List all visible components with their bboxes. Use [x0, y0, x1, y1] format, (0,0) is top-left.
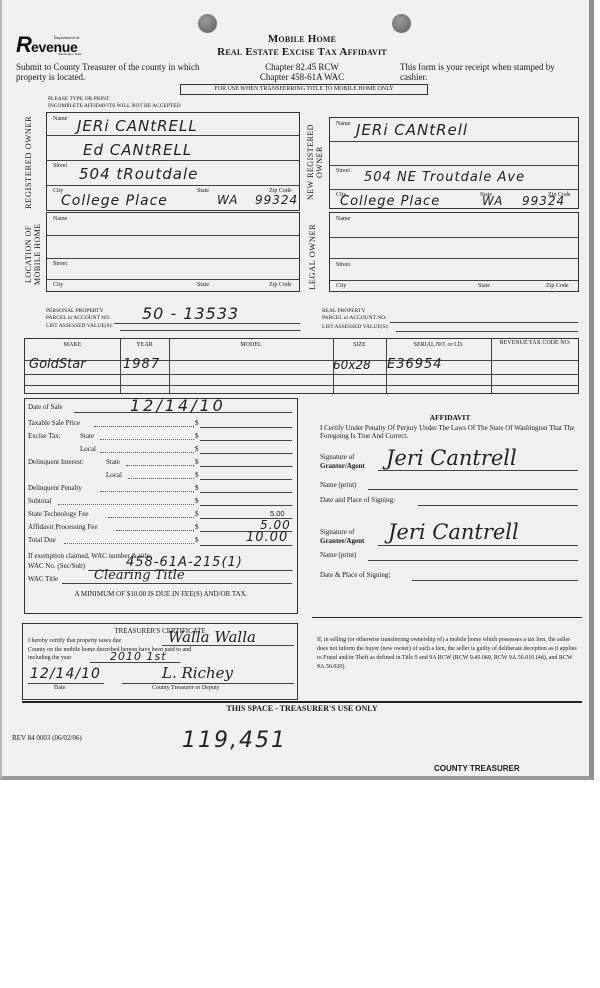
cell-size[interactable]: 60x28 [333, 358, 371, 372]
registered-owner-name-2[interactable]: Ed CANtRELL [83, 141, 192, 159]
grantee-agent-label: Grantee/Agent [320, 537, 364, 545]
affidavit-processing-fee-label: Affidavit Processing Fee [28, 523, 97, 531]
registered-owner-city[interactable]: College Place [61, 193, 168, 209]
personal-assessed-label: LIST ASSESSED VALUE(S): [46, 323, 113, 329]
personal-property-label: PERSONAL PROPERTY [46, 308, 103, 314]
logo-state-text: Washington State [58, 52, 82, 56]
tax-lien-warning: If, in selling (or otherwise transferrin… [317, 636, 582, 672]
wac-title-label: WAC Title [28, 575, 58, 583]
minimum-due-note: A MINIMUM OF $10.00 IS DUE IN FEE(S) AND… [24, 590, 298, 598]
state-technology-fee-label: State Technology Fee [28, 510, 88, 518]
affidavit-form-page: R Department of evenue Washington State … [0, 0, 594, 780]
city-label: City [336, 283, 346, 290]
registered-owner-zip[interactable]: 99324 [255, 193, 298, 207]
subtotal-label: Subtotal [28, 497, 51, 505]
grantee-name-print-label: Name (print) [320, 551, 356, 559]
dollar-sign: $ [195, 419, 199, 427]
new-owner-state[interactable]: WA [482, 194, 503, 208]
new-registered-owner-box: Name Street City State Zip Code JERi CAN… [329, 117, 579, 209]
grantor-signature[interactable]: Jeri Cantrell [386, 446, 517, 470]
certify-line1: I hereby certify that property taxes due [28, 638, 121, 645]
new-owner-street[interactable]: 504 NE Troutdale Ave [364, 170, 525, 185]
new-owner-zip[interactable]: 99324 [522, 194, 565, 208]
form-revision: REV 84 0003 (06/02/06) [12, 734, 82, 742]
dollar-sign: $ [195, 523, 199, 531]
certify-year[interactable]: 2010 1st [110, 650, 167, 663]
dollar-sign: $ [195, 497, 199, 505]
excise-tax-state-field[interactable] [200, 440, 292, 441]
delinquent-interest-state-field[interactable] [200, 466, 292, 467]
new-registered-owner-label: NEW REGISTERED OWNER [306, 112, 328, 212]
taxable-sale-price-field[interactable] [200, 427, 292, 428]
punch-hole-right [392, 14, 411, 33]
date-place-signing-2-field[interactable] [412, 580, 578, 581]
treasurers-certificate-title: TREASURER'S CERTIFICATE [22, 627, 298, 635]
new-owner-name[interactable]: JERi CANtRell [356, 121, 468, 139]
street-label: Street [53, 163, 67, 170]
grantee-signature-label: Signature of [320, 528, 354, 536]
name-label: Name [336, 121, 350, 128]
col-year: YEAR [120, 342, 169, 349]
chapter-wac: Chapter 458-61A WAC [242, 72, 362, 82]
delinquent-penalty-label: Delinquent Penalty [28, 484, 82, 492]
county-treasurer-or-deputy-label: County Treasurer or Deputy [152, 685, 220, 692]
total-due-value[interactable]: 10.00 [246, 530, 288, 545]
real-assessed-label: LIST ASSESSED VALUE(S): [322, 324, 389, 330]
treasurer-signature[interactable]: L. Richey [162, 664, 233, 682]
real-property-label: REAL PROPERTY [322, 308, 365, 314]
grantee-signature[interactable]: Jeri Cantrell [388, 520, 519, 544]
registered-owner-label: REGISTERED OWNER [24, 112, 33, 212]
excise-tax-state-label: State [80, 432, 94, 440]
delinquent-interest-state-label: State [106, 458, 120, 466]
use-banner: FOR USE WHEN TRANSFERRING TITLE TO MOBIL… [180, 84, 428, 95]
wac-title-value[interactable]: Clearing Title [94, 568, 185, 583]
state-label: State [197, 282, 209, 289]
date-place-signing-1-label: Date and Place of Signing: [320, 496, 395, 504]
col-size: SIZE [333, 342, 386, 349]
registered-owner-name-1[interactable]: JERi CANtRELL [77, 117, 198, 135]
zip-label: Zip Code [269, 282, 292, 289]
col-revenue-tax-code: REVENUE TAX CODE NO. [495, 340, 575, 347]
treasurer-use-only-banner: THIS SPACE - TREASURER'S USE ONLY [22, 704, 582, 713]
city-label: City [53, 282, 63, 289]
registered-owner-street[interactable]: 504 tRoutdale [79, 165, 198, 183]
certificate-date[interactable]: 12/14/10 [30, 666, 101, 682]
col-model: MODEL [169, 342, 333, 349]
state-technology-fee-value: 5.00 [270, 509, 285, 518]
incomplete-note: INCOMPLETE AFFIDAVITS WILL NOT BE ACCEPT… [48, 103, 181, 109]
grantor-name-print-label: Name (print) [320, 481, 356, 489]
registered-owner-state[interactable]: WA [217, 193, 238, 207]
state-label: State [478, 283, 490, 290]
location-of-mobile-home-label: LOCATION OF MOBILE HOME [24, 212, 44, 297]
cell-make[interactable]: GoldStar [29, 357, 86, 372]
dollar-sign: $ [195, 458, 199, 466]
subtotal-field[interactable] [200, 505, 292, 506]
delinquent-interest-label: Delinquent Interest: [28, 458, 84, 466]
wac-no-label: WAC No. (Sec/Sub) [28, 562, 85, 570]
col-serial: SERIAL NO. or I.D. [386, 342, 491, 349]
new-owner-city[interactable]: College Place [340, 194, 440, 209]
dollar-sign: $ [195, 445, 199, 453]
street-label: Street [336, 262, 350, 269]
real-parcel-label: PARCEL or ACCOUNT NO. [322, 315, 387, 321]
submit-note: Submit to County Treasurer of the county… [16, 62, 206, 82]
form-title-line1: Mobile Home [202, 33, 402, 45]
taxable-sale-price-label: Taxable Sale Price [28, 419, 80, 427]
date-place-signing-2-label: Date & Place of Signing: [320, 571, 390, 579]
excise-tax-local-field[interactable] [200, 453, 292, 454]
date-place-signing-1-field[interactable] [418, 505, 578, 506]
receipt-note: This form is your receipt when stamped b… [400, 62, 580, 82]
dollar-sign: $ [195, 484, 199, 492]
registered-owner-box: Name Street City State Zip Code JERi CAN… [46, 112, 300, 211]
delinquent-interest-local-label: Local [106, 471, 122, 479]
total-due-label: Total Due [28, 536, 56, 544]
street-label: Street [336, 168, 350, 175]
date-label: Date [54, 685, 65, 692]
legal-owner-box: Name Street City State Zip Code [329, 212, 579, 292]
punch-hole-left [198, 14, 217, 33]
date-of-sale-value[interactable]: 12/14/10 [130, 396, 226, 415]
grantor-agent-label: Grantor/Agent [320, 462, 365, 470]
excise-tax-local-label: Local [80, 445, 96, 453]
form-title-line2: Real Estate Excise Tax Affidavit [182, 46, 422, 58]
print-note: PLEASE TYPE OR PRINT [48, 96, 109, 102]
zip-label: Zip Code [546, 283, 569, 290]
grantee-name-print-field[interactable] [368, 560, 578, 561]
dollar-sign: $ [195, 510, 199, 518]
date-of-sale-label: Date of Sale [28, 403, 63, 411]
mobile-home-details-table: MAKE YEAR MODEL SIZE SERIAL NO. or I.D. … [24, 338, 579, 394]
excise-tax-label: Excise Tax: [28, 432, 61, 440]
personal-parcel-value[interactable]: 50 - 13533 [142, 304, 239, 323]
personal-parcel-label: PARCEL or ACCOUNT NO. [46, 315, 111, 321]
county-name[interactable]: Walla Walla [168, 628, 256, 646]
state-label: State [197, 188, 209, 195]
cell-year[interactable]: 1987 [123, 357, 160, 372]
revenue-logo-r-icon: R [16, 34, 32, 56]
dollar-sign: $ [195, 432, 199, 440]
chapter-rcw: Chapter 82.45 RCW [242, 62, 362, 72]
name-label: Name [53, 216, 67, 223]
delinquent-interest-local-field[interactable] [200, 479, 292, 480]
receipt-number: 119,451 [182, 728, 287, 753]
col-make: MAKE [25, 342, 120, 349]
affidavit-certify-text: I Certify Under Penalty Of Perjury Under… [320, 424, 582, 440]
affidavit-title: AFFIDAVIT [320, 413, 580, 422]
cell-serial[interactable]: E36954 [387, 357, 443, 372]
department-of-revenue-logo: R Department of evenue Washington State [16, 34, 82, 58]
dollar-sign: $ [195, 471, 199, 479]
certify-line3: including the year [28, 655, 71, 662]
grantor-name-print-field[interactable] [368, 489, 578, 490]
name-label: Name [336, 216, 350, 223]
name-label: Name [53, 116, 67, 123]
county-treasurer-stamp: COUNTY TREASURER [434, 764, 520, 773]
legal-owner-label: LEGAL OWNER [308, 212, 328, 302]
dollar-sign: $ [195, 536, 199, 544]
location-box: Name Street City State Zip Code [46, 212, 300, 292]
grantor-signature-label: Signature of [320, 453, 354, 461]
delinquent-penalty-field[interactable] [200, 492, 292, 493]
street-label: Street [53, 261, 67, 268]
